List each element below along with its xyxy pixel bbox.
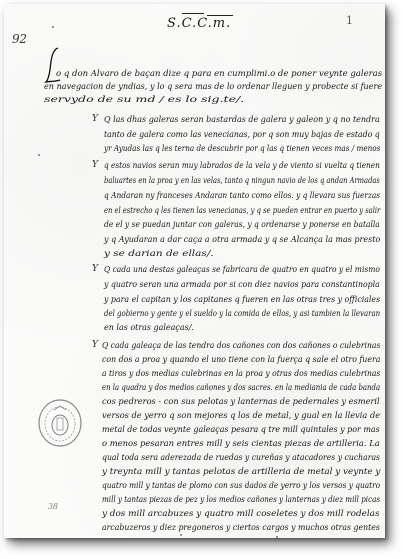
paragraph-marker: Y	[92, 264, 98, 274]
paragraph-3-line: en las otras galeaças/.	[104, 322, 194, 334]
paragraph-2-line: q Andaran ny franceses Andaran tanto com…	[104, 190, 380, 202]
paragraph-4-line: quatro mill y tantas de plomo con sus da…	[102, 480, 380, 492]
paragraph-2-line: y q Ayudaran a dar caça a otra armada y …	[104, 234, 380, 246]
paragraph-4-line: mill y tantas piezas de pez y los medios…	[102, 494, 380, 506]
paragraph-3-line: del gobierno y gente y el sueldo y la co…	[104, 308, 380, 320]
paragraph-2-line: y se darian de ellas/.	[104, 248, 214, 260]
folio-number: 1	[346, 14, 353, 27]
paragraph-4-line: arcabuzeros y diez pregoneros y ciertos …	[102, 522, 380, 534]
archive-seal-icon	[37, 398, 83, 448]
intro-line: servydo de su md / es lo sig.te/.	[44, 94, 244, 106]
paper-speck	[38, 154, 40, 156]
paragraph-4-line: o menos pesaran entres mill y seis cient…	[102, 438, 380, 450]
paragraph-marker: Y	[92, 160, 98, 170]
margin-number-top: 92	[12, 32, 27, 46]
paragraph-2-line: de el y se puedan juntar con galeras, y …	[104, 219, 380, 231]
paragraph-4-line: metal de todas veynte galeaças pesara q …	[102, 424, 380, 436]
margin-number-bottom: 38	[48, 502, 58, 511]
paragraph-4-line: con dos a proa y quando el uno tiene con…	[102, 354, 380, 366]
heading-overbar	[182, 13, 204, 14]
paragraph-4-line: y dos mill arcabuzes y quatro mill cosel…	[102, 508, 380, 520]
paragraph-4-line: y treynta mill y tantas pelotas de artil…	[102, 466, 380, 478]
paragraph-2-line: en el estrecho q les tienen las venecian…	[104, 205, 380, 217]
paragraph-3-line: Q cada una destas galeaças se fabricara …	[104, 264, 380, 276]
paragraph-4-line: en la quadra y dos medios cañones y dos …	[102, 382, 380, 394]
paragraph-1-line: tanto de galera como las venecianas, por…	[104, 129, 380, 141]
paragraph-2-line: baluartes en la proa y en las velas, tan…	[104, 175, 380, 187]
paper-speck	[276, 536, 278, 538]
paragraph-4-line: a tiros y dos medias culebrinas en la pr…	[102, 368, 380, 380]
paper-speck	[52, 26, 54, 28]
intro-line: o q don Alvaro de baçan dize q para en c…	[56, 68, 382, 80]
paragraph-marker: Y	[92, 340, 98, 350]
paragraph-1-line: yr Ayudas las q les terna de descubrir p…	[104, 143, 380, 155]
paragraph-4-line: qual toda sera aderezada de ruedas y cur…	[102, 452, 380, 464]
paragraph-2-line: q estos navios seran muy labrados de la …	[104, 160, 380, 172]
paper-speck	[180, 534, 182, 536]
document-heading: S.C.C.m.	[167, 16, 231, 31]
paragraph-3-line: y quatro seran una armada por si con die…	[104, 279, 380, 291]
paragraph-4-line: versos de yerro q son mejores q los de m…	[102, 410, 380, 422]
paragraph-marker: Y	[92, 114, 98, 124]
intro-line: en navegacion de yndias, y lo q sera mas…	[44, 81, 382, 93]
paragraph-3-line: y para el capitan y los capitanes q fuer…	[104, 294, 380, 306]
paragraph-1-line: Q las dhas galeras seran bastardas de ga…	[104, 114, 380, 126]
paragraph-4-line: Q cada galeaça de las tendra dos cañones…	[102, 340, 380, 352]
manuscript-page: S.C.C.m. 1 92 o q don Alvaro de baçan di…	[4, 4, 385, 538]
paragraph-4-line: cos pedreros - con sus pelotas y lantern…	[102, 396, 380, 408]
